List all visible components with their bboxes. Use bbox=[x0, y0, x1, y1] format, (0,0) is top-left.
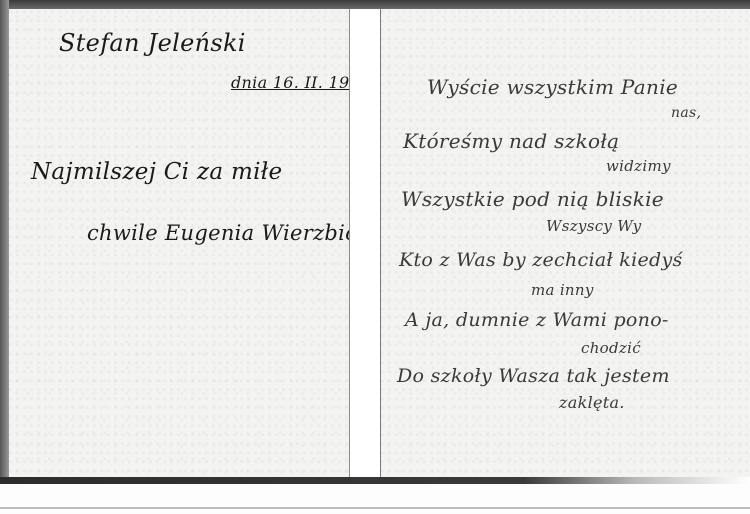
poem-line-4: widzimy bbox=[606, 157, 671, 175]
signature-top: Stefan Jeleński bbox=[59, 29, 246, 57]
poem-line-7: Kto z Was by zechciał kiedyś bbox=[399, 249, 683, 271]
poem-line-10: chodzić bbox=[581, 339, 641, 357]
dedication-line-2: chwile Eugenia Wierzbicka bbox=[87, 221, 383, 245]
book-bottom-edge bbox=[0, 477, 750, 484]
scan-bottom-line bbox=[0, 507, 750, 509]
poem-line-11: Do szkoły Wasza tak jestem bbox=[397, 365, 670, 387]
poem-line-9: A ja, dumnie z Wami pono- bbox=[405, 309, 669, 331]
right-page: Wyście wszystkim Panie nas, Któreśmy nad… bbox=[381, 9, 750, 477]
scanned-document: Stefan Jeleński dnia 16. II. 1925 Najmil… bbox=[0, 0, 750, 514]
dedication-line-1: Najmilszej Ci za miłe bbox=[31, 159, 282, 185]
poem-line-3: Któreśmy nad szkołą bbox=[403, 129, 619, 153]
book-left-edge bbox=[0, 0, 9, 484]
left-page: Stefan Jeleński dnia 16. II. 1925 Najmil… bbox=[9, 9, 349, 477]
poem-line-2: nas, bbox=[671, 105, 701, 121]
poem-line-8: ma inny bbox=[531, 281, 594, 299]
poem-line-6: Wszyscy Wy bbox=[546, 217, 641, 235]
page-inner-edge bbox=[349, 9, 381, 477]
poem-line-1: Wyście wszystkim Panie bbox=[427, 75, 678, 99]
poem-line-12: zaklęta. bbox=[559, 393, 625, 412]
poem-line-5: Wszystkie pod nią bliskie bbox=[401, 187, 664, 211]
book-top-edge bbox=[0, 0, 750, 9]
